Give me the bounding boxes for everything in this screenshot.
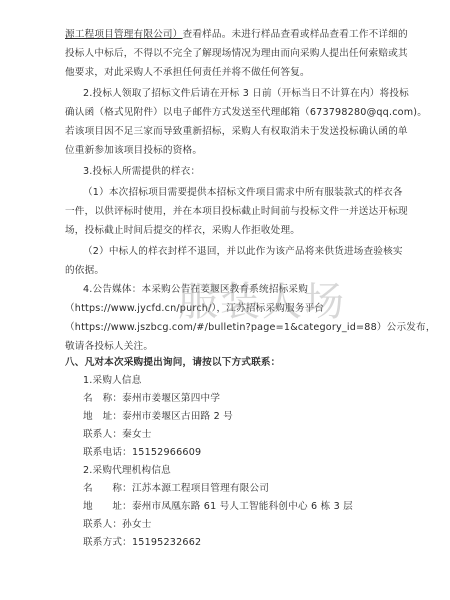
para3-item1-line2: 一件，以供评标时使用，并在本项目投标截止时间前与投标文件一并送达开标现 [65, 205, 408, 219]
para2-line2: 确认函（格式见附件）以电子邮件方式发送至代理邮箱（673798280@qq.co… [65, 106, 427, 120]
para2-line3: 若该项目因不足三家而导致重新招标，采购人有权取消未于发送投标确认函的单 [65, 125, 408, 139]
para3-item2-line2: 的依据。 [65, 264, 104, 278]
para1-line1: 源工程项目管理有限公司）查看样品。未进行样品查看或样品查看工作不详细的 [65, 28, 408, 42]
para1-line2: 投标人中标后，不得以不完全了解现场情况为理由而向采购人提出任何索赔或其 [65, 47, 408, 61]
agency-name-fragment: 源工程项目管理有限公司） [65, 29, 183, 40]
para3-item1-line3: 场，投标截止时间后提交的样衣，采购人作拒收处理。 [65, 224, 300, 238]
para3-item1-line1: （1）本次招标项目需要提供本招标文件项目需求中所有服装款式的样衣各 [83, 186, 403, 200]
para4-line4: 敬请各投标人关注。 [65, 340, 153, 354]
para2-line1: 2.投标人领取了招标文件后请在开标 3 日前（开标当日不计算在内）将投标 [83, 87, 409, 101]
para1-line3: 他要求，对此采购人不承担任何责任并将不做任何答复。 [65, 66, 310, 80]
para2-line4: 位重新参加该项目投标的资格。 [65, 144, 202, 158]
para3-item2-line1: （2）中标人的样衣封样不退回，并以此作为该产品将来供货进场查验核实 [83, 245, 403, 259]
watermark-text: 服装人场 [178, 270, 346, 327]
para3-heading: 3.投标人所需提供的样衣： [83, 165, 200, 179]
